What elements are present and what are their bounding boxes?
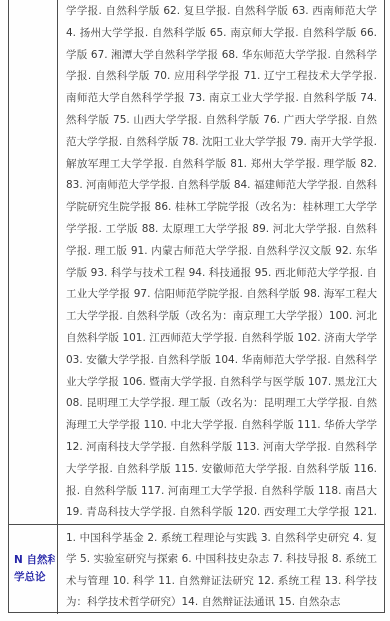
journal-list-line: 12. 河南科技大学学报. 自然科学版 113. 河南大学学报. 自然科学版 1… <box>66 437 377 459</box>
journal-list-line: 1. 中国科学基金 2. 系统工程理论与实践 3. 自然科学史研究 4. 复杂系… <box>66 528 377 549</box>
category-label: N 自然科学总论 <box>14 552 55 587</box>
journal-list-line: 19. 青岛科技大学学报. 自然科学版 120. 西安理工大学学报 121. 中… <box>66 502 377 524</box>
journal-list-line: 学学报. 自然科学版 62. 复旦学报. 自然科学版 63. 西南师范大学学报.… <box>66 1 377 23</box>
journal-list-cell: 学学报. 自然科学版 62. 复旦学报. 自然科学版 63. 西南师范大学学报.… <box>58 0 384 524</box>
journal-list-line: 学版 93. 科学与技术工程 94. 科技通报 95. 西北师范大学学报. 自然… <box>66 263 377 285</box>
table-row-natural-science: N 自然科学总论 1. 中国科学基金 2. 系统工程理论与实践 3. 自然科学史… <box>9 525 384 614</box>
category-label-line: N 自然科 <box>14 552 55 570</box>
journal-list-line: 业大学学报 106. 暨南大学学报. 自然科学与医学版 107. 黑龙江大学自然… <box>66 372 377 394</box>
journal-list-line: 学报. 自然科学版 70. 应用科学学报 71. 辽宁工程技术大学学报. 自然科… <box>66 66 377 88</box>
journal-list-line: 术与管理 10. 科学 11. 自然辩证法研究 12. 系统工程 13. 科学技… <box>66 571 377 592</box>
journal-list-line: 工业大学学报 97. 信阳师范学院学报. 自然科学版 98. 海军工程大学学报 … <box>66 284 377 306</box>
journal-list-line: 范大学学报. 自然科学版 78. 沈阳工业大学学报 79. 南开大学学报. 自然… <box>66 132 377 154</box>
journal-list-line: 然科学版 75. 山西大学学报. 自然科学版 76. 广西大学学报. 自然科学版… <box>66 110 377 132</box>
category-cell-empty <box>9 0 58 524</box>
table-row-continuation: 学学报. 自然科学版 62. 复旦学报. 自然科学版 63. 西南师范大学学报.… <box>9 0 384 525</box>
journal-list-line: 为：科学技术哲学研究）14. 自然辩证法通讯 15. 自然杂志 <box>66 592 377 613</box>
journal-list-line: 解放军理工大学学报. 自然科学版 81. 郑州大学学报. 理学版 82. 兰州理… <box>66 154 377 176</box>
journal-list-cell: 1. 中国科学基金 2. 系统工程理论与实践 3. 自然科学史研究 4. 复杂系… <box>58 525 384 614</box>
journal-list-line: 工大学学报. 自然科学版（改名为：南京理工大学学报）100. 河北师范大学学报. <box>66 306 377 328</box>
core-journal-table: 学学报. 自然科学版 62. 复旦学报. 自然科学版 63. 西南师范大学学报.… <box>8 0 385 613</box>
category-label-line: 学总论 <box>14 569 55 587</box>
journal-list-line: 报. 自然科学版 117. 河南理工大学学报. 自然科学版 118. 南昌大学学… <box>66 481 377 503</box>
journal-list-line: 自然科学版 101. 江西师范大学学报. 自然科学版 102. 济南大学学报. … <box>66 328 377 350</box>
category-cell: N 自然科学总论 <box>9 525 58 614</box>
journal-list-line: 学院研究生院学报 86. 桂林工学院学报（改名为：桂林理工大学学报）87. 山东… <box>66 197 377 219</box>
journal-list-line: 4. 扬州大学学报. 自然科学版 65. 南京师大学报. 自然科学版 66. 郑… <box>66 23 377 45</box>
document-page: 学学报. 自然科学版 62. 复旦学报. 自然科学版 63. 西南师范大学学报.… <box>0 0 390 621</box>
journal-list-line: 南师范大学自然科学学报 73. 南京工业大学学报. 自然科学版 74. 上海大学… <box>66 88 377 110</box>
journal-list-line: 学报. 理工版 91. 内蒙古师范大学学报. 自然科学汉文版 92. 东华大学学… <box>66 241 377 263</box>
journal-list-line: 海理工大学学报 110. 中北大学学报. 自然科学版 111. 华侨大学学报. … <box>66 415 377 437</box>
journal-list-line: 学学报. 工学版 88. 太原理工大学学报 89. 河北大学学报. 自然科学版 … <box>66 219 377 241</box>
journal-list-line: 学版 67. 湘潭大学自然科学学报 68. 华东师范大学学报. 自然科学版 69… <box>66 45 377 67</box>
journal-list-line: 08. 昆明理工大学学报. 理工版（改名为：昆明理工大学学报. 自然科学版）10… <box>66 393 377 415</box>
journal-list-line: 03. 安徽大学学报. 自然科学版 104. 华南师范大学学报. 自然科学版 1… <box>66 350 377 372</box>
journal-list-line: 学 5. 实验室研究与探索 6. 中国科技史杂志 7. 科技导报 8. 系统工程… <box>66 549 377 570</box>
journal-list-line: 大学学报. 自然科学版 115. 安徽师范大学学报. 自然科学版 116. 湖南… <box>66 459 377 481</box>
journal-list-line: 83. 河南师范大学学报. 自然科学版 84. 福建师范大学学报. 自然科学版 … <box>66 175 377 197</box>
